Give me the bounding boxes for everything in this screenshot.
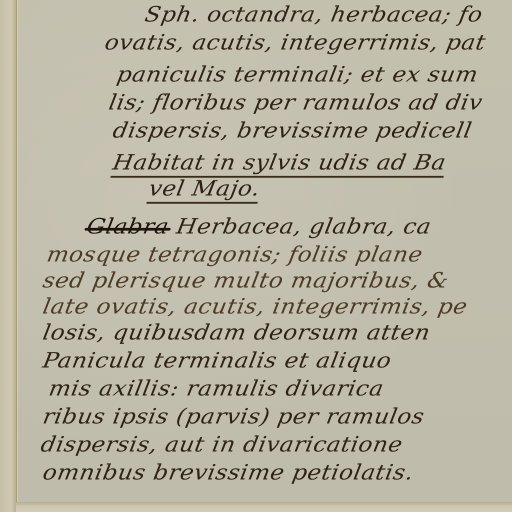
mount-board-bottom-edge — [16, 502, 512, 512]
text-line: mosque tetragonis; foliis plane — [45, 243, 425, 267]
text-line: paniculis terminali; et ex sum — [115, 63, 480, 87]
text-line: omnibus brevissime petiolatis. — [41, 461, 416, 485]
text-line: Panicula terminalis et aliquo — [41, 349, 393, 373]
text-line: vel Majo. — [147, 177, 262, 201]
struck-out-word: Glabra — [85, 215, 171, 239]
text-line: Sph. octandra, herbacea; fo — [143, 3, 485, 27]
text-line: dispersis, brevissime pedicell — [111, 119, 474, 143]
text-line: dispersis, aut in divaricatione — [39, 433, 405, 457]
manuscript-sheet: Sph. octandra, herbacea; fo ovatis, acut… — [16, 0, 512, 502]
text-line-rest: Herbacea, glabra, ca — [175, 215, 434, 239]
habitat-line: Habitat in sylvis udis ad Ba — [111, 151, 448, 175]
habitat-underlined-text: Habitat in sylvis udis ad Ba — [110, 151, 448, 178]
habitat-month-text: vel Majo. — [146, 177, 262, 204]
text-line: losis, quibusdam deorsum atten — [41, 321, 432, 345]
text-line: mis axillis: ramulis divarica — [47, 377, 386, 401]
text-line: ribus ipsis (parvis) per ramulos — [41, 405, 426, 429]
mount-board-left-edge — [0, 0, 16, 512]
text-line: lis; floribus per ramulos ad div — [107, 91, 485, 115]
text-line: ovatis, acutis, integerrimis, pat — [103, 31, 488, 55]
text-line: Glabra Herbacea, glabra, ca — [85, 215, 433, 239]
text-line: late ovatis, acutis, integerrimis, pe — [41, 295, 470, 319]
text-line: sed plerisque multo majoribus, & — [41, 269, 451, 293]
